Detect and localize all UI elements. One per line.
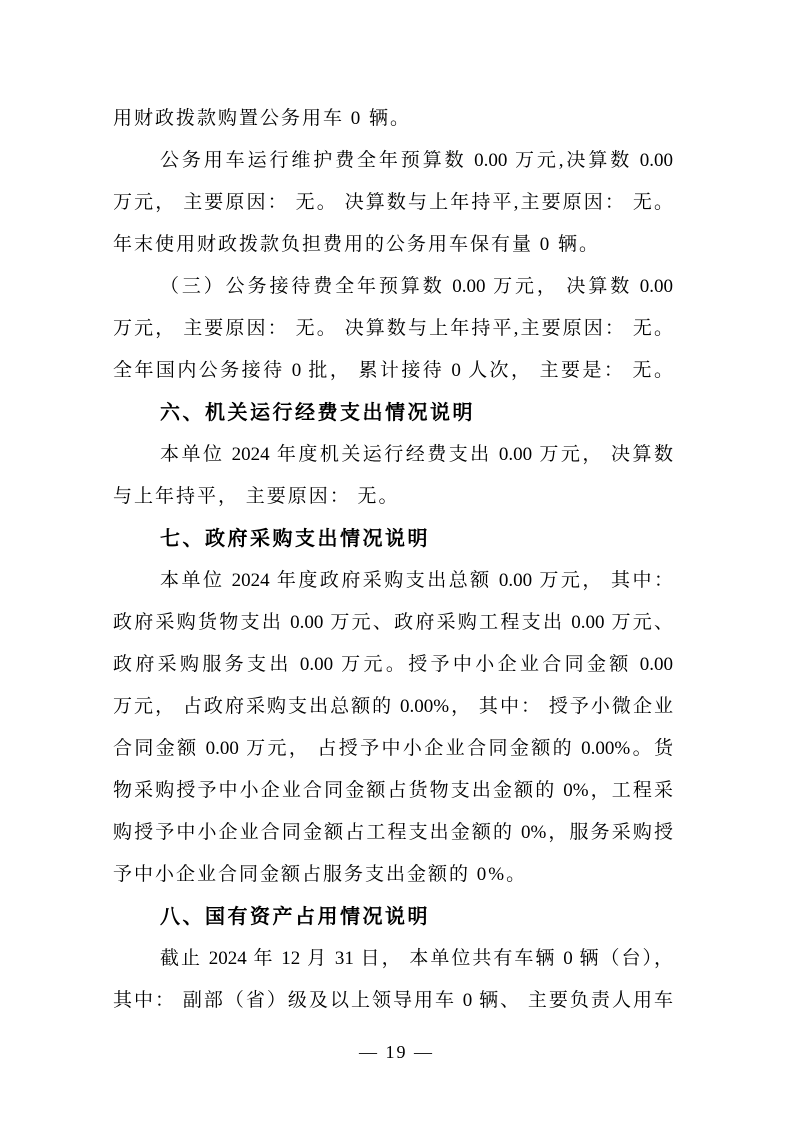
page-number: — 19 —	[0, 1040, 793, 1064]
body-line: 全年国内公务接待 0 批， 累计接待 0 人次， 主要是： 无。	[113, 350, 673, 392]
body-line: 截止 2024 年 12 月 31 日， 本单位共有车辆 0 辆（台），	[113, 938, 673, 980]
body-line: 政府采购服务支出 0.00 万元。授予中小企业合同金额 0.00	[113, 644, 673, 686]
body-line: 政府采购货物支出 0.00 万元、政府采购工程支出 0.00 万元、	[113, 602, 673, 644]
body-line: 予中小企业合同金额占服务支出金额的 0%。	[113, 854, 673, 896]
body-line: 其中： 副部（省）级及以上领导用车 0 辆、 主要负责人用车	[113, 980, 673, 1022]
heading-section-six: 六、机关运行经费支出情况说明	[113, 392, 673, 434]
body-line: 购授予中小企业合同金额占工程支出金额的 0%，服务采购授	[113, 812, 673, 854]
body-line: 物采购授予中小企业合同金额占货物支出金额的 0%，工程采	[113, 770, 673, 812]
body-line: （三）公务接待费全年预算数 0.00 万元， 决算数 0.00	[113, 266, 673, 308]
heading-section-seven: 七、政府采购支出情况说明	[113, 518, 673, 560]
document-page: 用财政拨款购置公务用车 0 辆。 公务用车运行维护费全年预算数 0.00 万元,…	[0, 0, 793, 1122]
body-line: 万元， 主要原因： 无。 决算数与上年持平,主要原因： 无。	[113, 308, 673, 350]
body-line: 年末使用财政拨款负担费用的公务用车保有量 0 辆。	[113, 224, 673, 266]
document-body: 用财政拨款购置公务用车 0 辆。 公务用车运行维护费全年预算数 0.00 万元,…	[113, 98, 673, 1022]
heading-section-eight: 八、国有资产占用情况说明	[113, 896, 673, 938]
body-line: 本单位 2024 年度政府采购支出总额 0.00 万元， 其中：	[113, 560, 673, 602]
body-line: 万元， 主要原因： 无。 决算数与上年持平,主要原因： 无。	[113, 182, 673, 224]
body-line: 万元， 占政府采购支出总额的 0.00%， 其中： 授予小微企业	[113, 686, 673, 728]
body-line: 合同金额 0.00 万元， 占授予中小企业合同金额的 0.00%。货	[113, 728, 673, 770]
body-line: 用财政拨款购置公务用车 0 辆。	[113, 98, 673, 140]
body-line: 本单位 2024 年度机关运行经费支出 0.00 万元， 决算数	[113, 434, 673, 476]
body-line: 与上年持平， 主要原因： 无。	[113, 476, 673, 518]
body-line: 公务用车运行维护费全年预算数 0.00 万元,决算数 0.00	[113, 140, 673, 182]
